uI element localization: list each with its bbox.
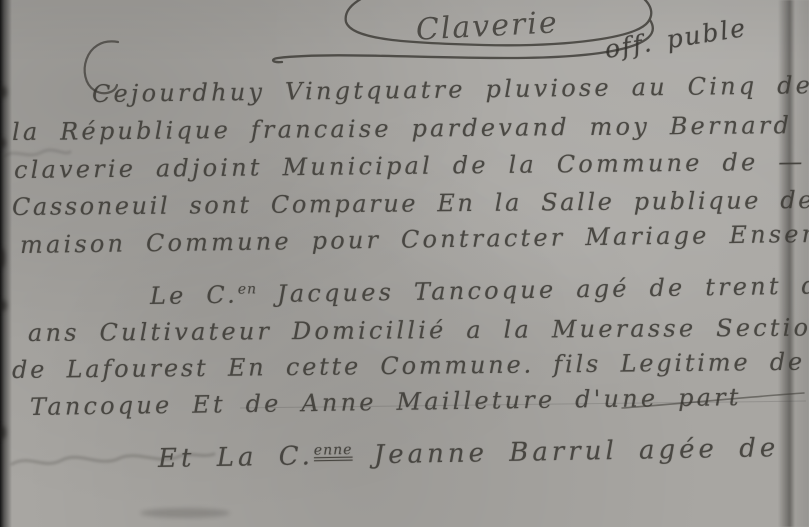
manuscript-line-3: claverie adjoint Municipal de la Commune…: [14, 148, 806, 184]
bride-description: Jeanne Barrul agée de: [352, 433, 779, 470]
citizen-abbrev-superscript: en: [238, 281, 258, 297]
manuscript-line-6: Le C.en Jacques Tancoque agé de trent de…: [150, 271, 809, 310]
manuscript-line-10: Et La C.enne Jeanne Barrul agée de: [158, 433, 780, 474]
signature-name: Claverie: [415, 5, 559, 47]
manuscript-line-5: maison Commune pour Contracter Mariage E…: [20, 219, 809, 259]
citizeness-abbrev-superscript: enne: [314, 442, 353, 459]
bleedthrough-scribble: [8, 444, 218, 476]
manuscript-line-2: la République francaise pardevand moy Be…: [12, 111, 792, 146]
manuscript-line-1: Cejourdhuy Vingtquatre pluviose au Cinq …: [92, 71, 809, 108]
manuscript-line-4: Cassoneuil sont Comparue En la Salle pub…: [12, 186, 809, 221]
bottom-smudge: [140, 508, 230, 518]
scanned-manuscript-page: Claverie off. puble Cejourdhuy Vingtquat…: [0, 0, 809, 527]
manuscript-line-8: de Lafourest En cette Commune. fils Legi…: [12, 347, 809, 384]
bleedthrough-scribble: [2, 140, 72, 166]
manuscript-line-7: ans Cultivateur Domicillié a la Muerasse…: [28, 313, 809, 347]
groom-description: Jacques Tancoque agé de trent deux: [257, 271, 809, 309]
citizen-abbrev: Le C.: [150, 281, 238, 310]
